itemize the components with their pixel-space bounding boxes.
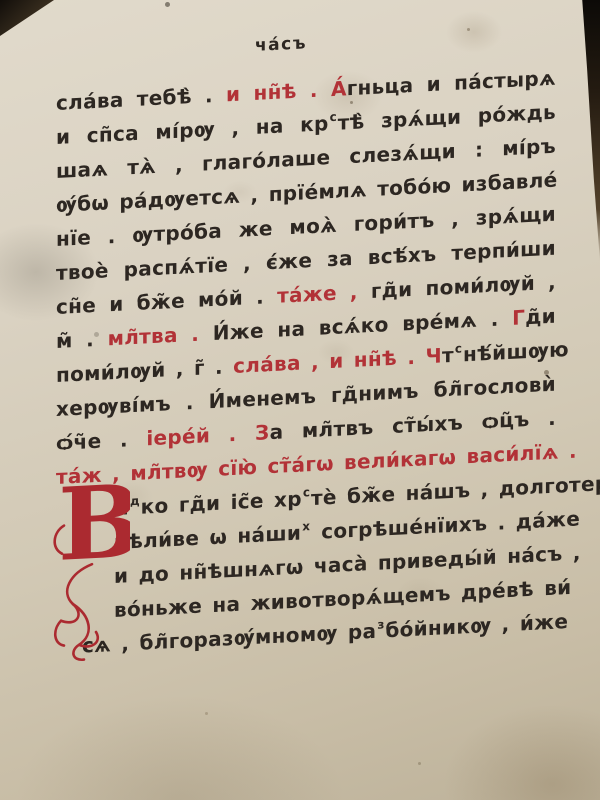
text-segment: поми́лѹй , г̃ . <box>56 354 233 387</box>
text-segment: З <box>255 420 270 445</box>
superscript-letter: с <box>303 485 310 499</box>
text-segment: бо́йникѹ , и́же <box>385 609 568 642</box>
text-lines: сла́ва тебѣ̀ . и нн̃ѣ . А́гньца и па́сты… <box>56 61 556 664</box>
text-segment: та́же , <box>277 279 371 308</box>
superscript-letter: с <box>330 110 337 124</box>
text-segment: сла́ва тебѣ̀ . <box>56 82 226 115</box>
superscript-letter: х <box>302 519 310 533</box>
text-segment: А́ <box>331 76 347 101</box>
text-segment: сла́ва , и нн̃ѣ . <box>233 344 425 378</box>
text-segment: іере́й . <box>146 421 255 451</box>
text-segment: ко гд̃и іс̃е хр <box>141 487 302 519</box>
text-block: ча́съ В сла́ва тебѣ̀ . и нн̃ѣ . А́гньца … <box>56 19 556 664</box>
text-segment: т <box>442 343 454 368</box>
superscript-letter: з <box>377 617 384 631</box>
text-segment: нѣ́йшѹю <box>463 337 569 366</box>
superscript-letter: д <box>130 494 140 508</box>
text-segment: Ч <box>426 343 442 368</box>
text-segment: д̃и <box>525 304 556 330</box>
text-segment: пѣли́ве ѡ на́ши <box>114 521 301 554</box>
text-segment: гньца и па́стырѧ <box>347 66 556 101</box>
text-segment: Г <box>512 305 525 330</box>
ornate-initial: В <box>48 464 130 680</box>
text-segment: ѻ́ч̃е . <box>56 426 146 455</box>
initial-letter: В <box>58 464 130 584</box>
superscript-letter: с <box>455 341 462 355</box>
text-segment: и нн̃ѣ . <box>226 77 331 106</box>
text-segment: м̃ . <box>56 326 108 353</box>
text-segment: гд̃и поми́лѹй , <box>371 270 556 303</box>
text-segment: мл̃тва . <box>108 321 213 350</box>
book-photo: ча́съ В сла́ва тебѣ̀ . и нн̃ѣ . А́гньца … <box>0 0 600 800</box>
